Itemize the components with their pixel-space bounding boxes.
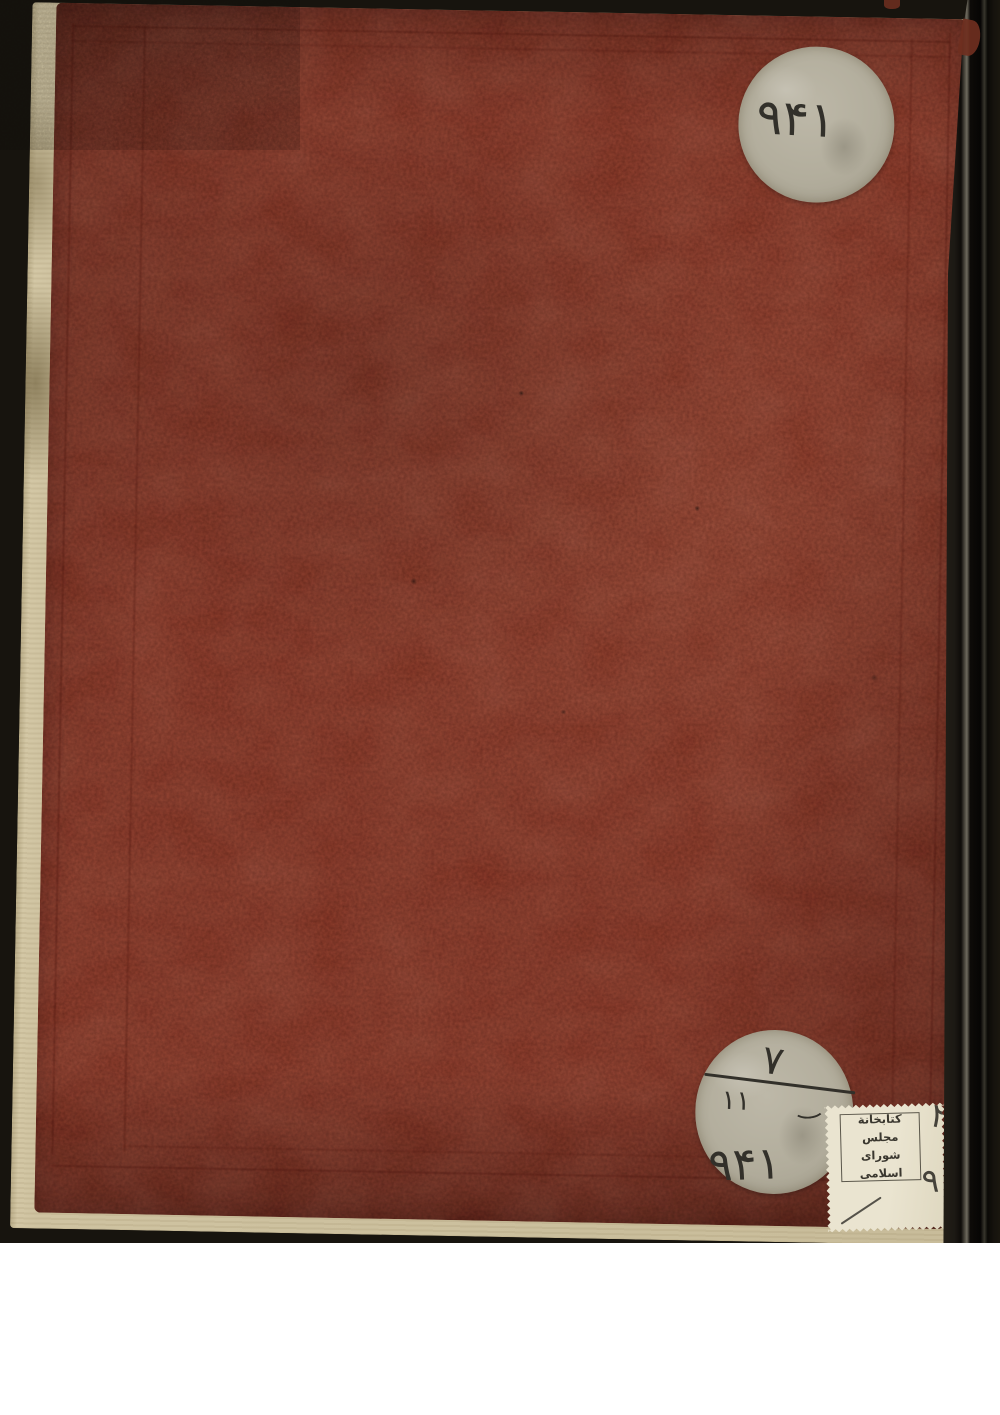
leather-cover: ۹۴۱ ۷ ۱۱ ۹۴۱ [34,3,968,1230]
stamp-handwritten-number: ۹ [921,1161,940,1200]
fraction-numerator: ۷ [759,1037,787,1086]
library-stamp: كتابخانة مجلس شوراى اسلامى ۲ ۹ [824,1102,947,1232]
stamp-line-3: اسلامى [860,1164,903,1183]
scanned-book-cover-photo: ۹۴۱ ۷ ۱۱ ۹۴۱ كتابخانة مجلس شوراى اسلامى … [0,0,1000,1415]
leather-flap [884,0,900,9]
fraction-denominator: ۱۱ [721,1085,752,1117]
stamp-line-1: كتابخانة [858,1111,902,1130]
shelfmark-number-bottom: ۹۴۱ [707,1136,781,1191]
stamp-inner-box: كتابخانة مجلس شوراى اسلامى [840,1112,922,1182]
scan-background [0,1243,1000,1415]
book-page-edges: ۹۴۱ ۷ ۱۱ ۹۴۱ [10,2,968,1243]
photo-area: ۹۴۱ ۷ ۱۱ ۹۴۱ كتابخانة مجلس شوراى اسلامى … [0,0,1000,1243]
stamp-line-2: مجلس شوراى [841,1128,920,1166]
handwritten-mark [793,1099,825,1120]
stamp-pen-stroke [841,1197,882,1225]
shelfmark-number: ۹۴۱ [755,88,837,149]
